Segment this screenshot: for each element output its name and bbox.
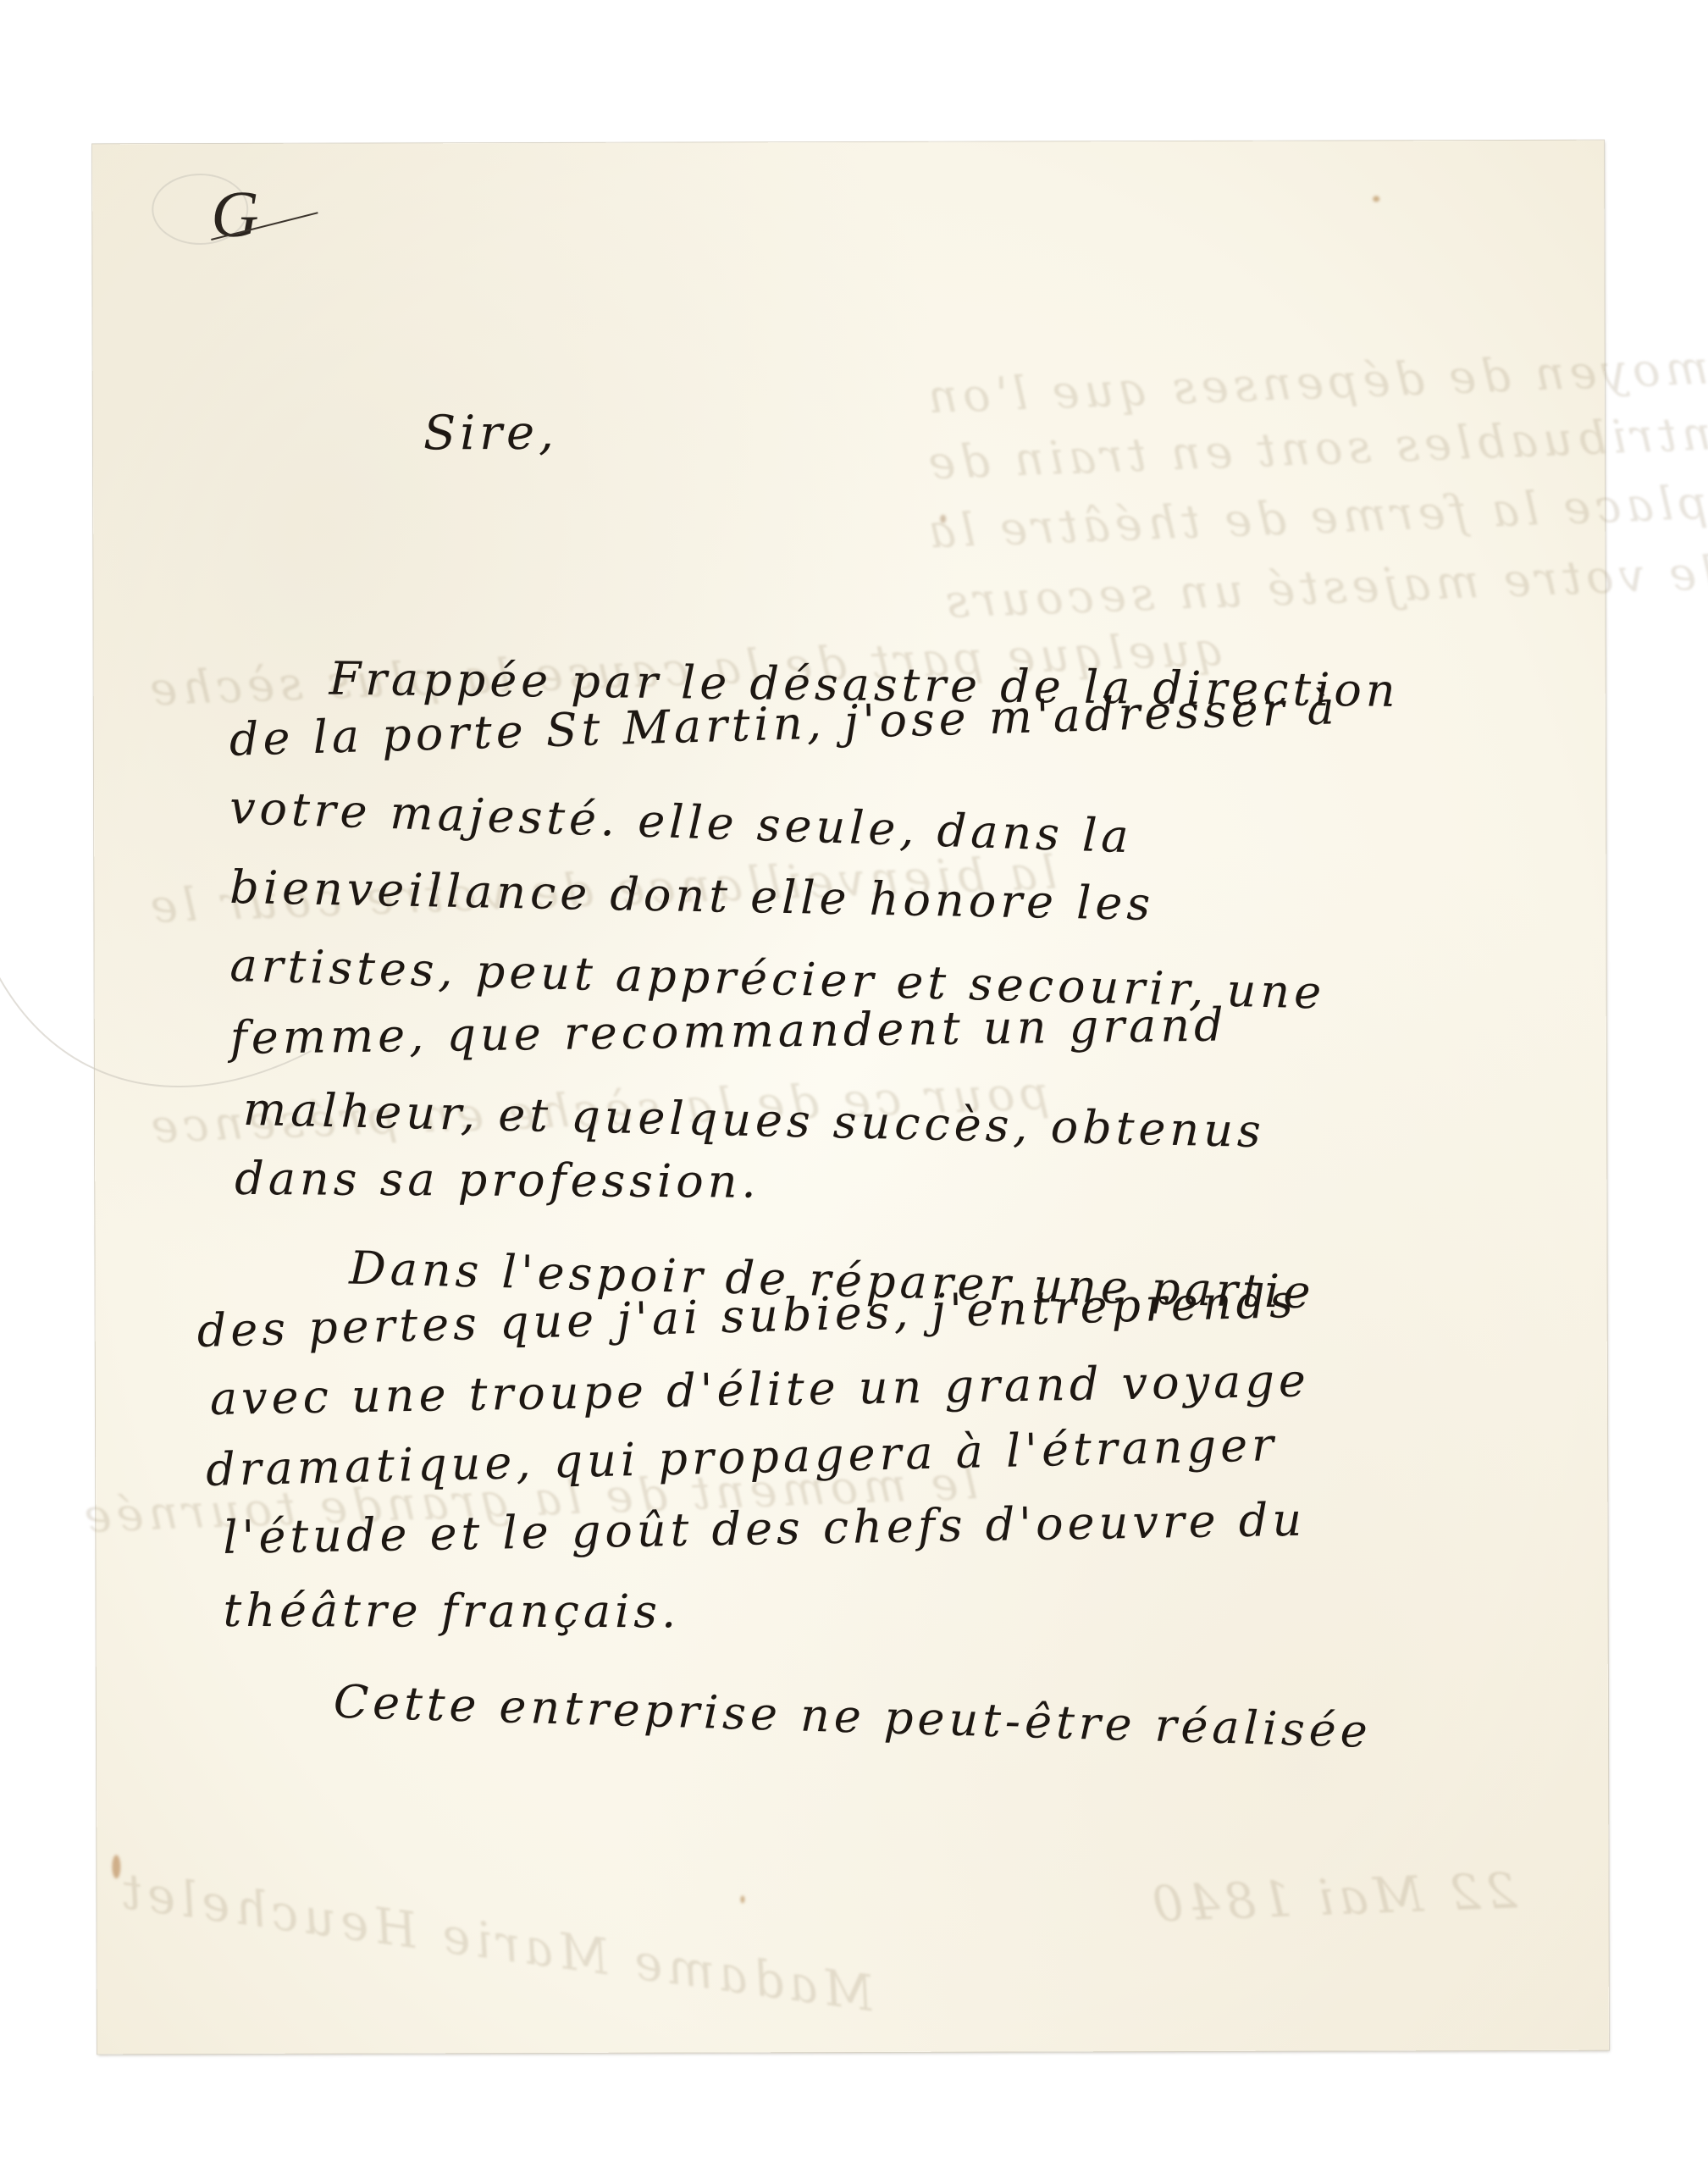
letter-line: femme, que recommandent un grand [229,998,1228,1065]
foxing-spot [740,1895,744,1903]
letter-line: malheur, et quelques succès, obtenus [242,1082,1265,1158]
letter-line: avec une troupe d'élite un grand voyage [209,1353,1310,1425]
show-through-signature: Madame Marie Heuchelet [113,1861,877,2022]
show-through-text: quam moyen de dépenses que l'on [922,335,1708,423]
show-through-date: 22 Mai 1840 [1146,1861,1517,1933]
letter-line: théâtre français. [224,1584,681,1638]
letter-line: dans sa profession. [235,1152,760,1208]
letter-line: Cette entreprise ne peut-être réalisée [333,1675,1373,1758]
foxing-spot [1373,196,1379,202]
letter-page: quam moyen de dépenses que l'on contribu… [92,141,1609,2055]
salutation: Sire, [423,406,558,461]
corner-mark: G [211,176,259,252]
